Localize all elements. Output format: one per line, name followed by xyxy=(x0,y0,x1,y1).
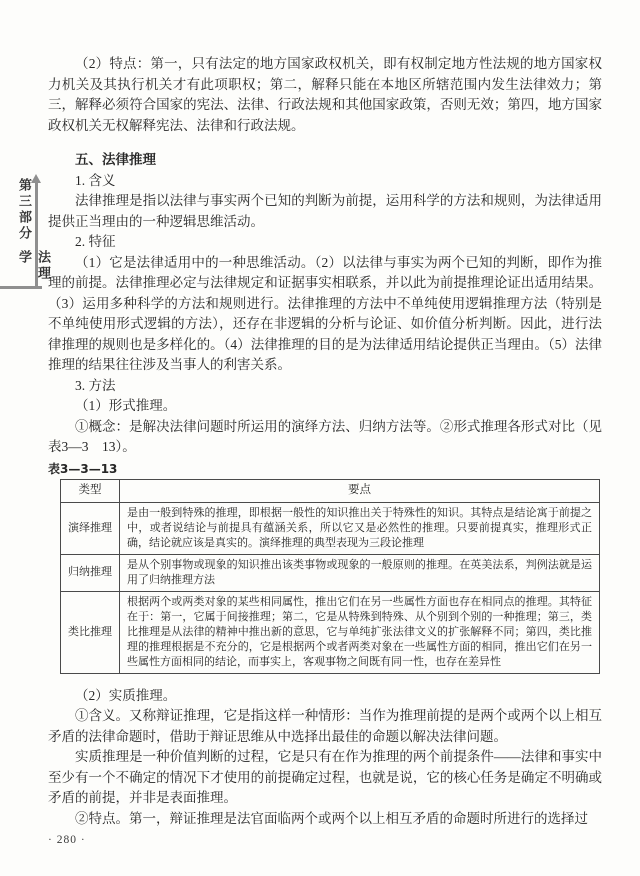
sidebar-tab: 第三部分 法理学 xyxy=(0,176,48,296)
column-header-type: 类型 xyxy=(61,479,120,502)
page-number: · 280 · xyxy=(48,830,602,851)
subheading-methods: 3. 方法 xyxy=(48,376,602,397)
row-type-analogical: 类比推理 xyxy=(61,591,120,673)
section-heading-legal-reasoning: 五、法律推理 xyxy=(48,150,602,171)
row-points-inductive: 是从个别事物或现象的知识推出该类事物或现象的一般原则的推理。在英美法系，判例法就… xyxy=(120,554,600,591)
table-row: 演绎推理 是由一般到特殊的推理，即根据一般性的知识推出关于特殊性的知识。其特点是… xyxy=(61,502,600,554)
row-type-inductive: 归纳推理 xyxy=(61,554,120,591)
table-header-row: 类型 要点 xyxy=(61,479,600,502)
sidebar-subject-label: 法理学 xyxy=(14,250,52,296)
paragraph-features: （1）它是法律适用中的一种思维活动。（2）以法律与事实为两个已知的判断，即作为推… xyxy=(48,253,602,376)
paragraph-local-interpretation-features: （2）特点：第一，只有法定的地方国家政权机关，即有权制定地方性法规的地方国家权力… xyxy=(48,54,602,136)
book-page: 第三部分 法理学 （2）特点：第一，只有法定的地方国家政权机关，即有权制定地方性… xyxy=(0,0,640,876)
subheading-features: 2. 特征 xyxy=(48,232,602,253)
paragraph-substantive-features: ②特点。第一，辩证推理是法官面临两个或两个以上相互矛盾的命题时所进行的选择过 xyxy=(48,809,602,830)
item-substantive-reasoning: （2）实质推理。 xyxy=(48,686,602,707)
row-points-deductive: 是由一般到特殊的推理，即根据一般性的知识推出关于特殊性的知识。其特点是结论寓于前… xyxy=(120,502,600,554)
row-type-deductive: 演绎推理 xyxy=(61,502,120,554)
reasoning-comparison-table: 类型 要点 演绎推理 是由一般到特殊的推理，即根据一般性的知识推出关于特殊性的知… xyxy=(60,479,600,674)
row-points-analogical: 根据两个或两类对象的某些相同属性，推出它们在另一些属性方面也存在相同点的推理。其… xyxy=(120,591,600,673)
item-formal-reasoning: （1）形式推理。 xyxy=(48,396,602,417)
subheading-meaning: 1. 含义 xyxy=(48,171,602,192)
page-content: （2）特点：第一，只有法定的地方国家政权机关，即有权制定地方性法规的地方国家权力… xyxy=(48,54,602,851)
paragraph-meaning: 法律推理是指以法律与事实两个已知的判断为前提，运用科学的方法和规则，为法律适用提… xyxy=(48,191,602,232)
table-caption: 表3—3—13 xyxy=(48,461,602,477)
column-header-points: 要点 xyxy=(120,479,600,502)
paragraph-formal-reasoning-concept: ①概念：是解决法律问题时所运用的演绎方法、归纳方法等。②形式推理各形式对比（见表… xyxy=(48,417,602,458)
table-row: 归纳推理 是从个别事物或现象的知识推出该类事物或现象的一般原则的推理。在英美法系… xyxy=(61,554,600,591)
table-row: 类比推理 根据两个或两类对象的某些相同属性，推出它们在另一些属性方面也存在相同点… xyxy=(61,591,600,673)
paragraph-substantive-process: 实质推理是一种价值判断的过程，它是只有在作为推理的两个前提条件——法律和事实中至… xyxy=(48,747,602,809)
paragraph-substantive-meaning: ①含义。又称辩证推理，它是指这样一种情形：当作为推理前提的是两个或两个以上相互矛… xyxy=(48,706,602,747)
sidebar-part-label: 第三部分 xyxy=(14,178,33,242)
